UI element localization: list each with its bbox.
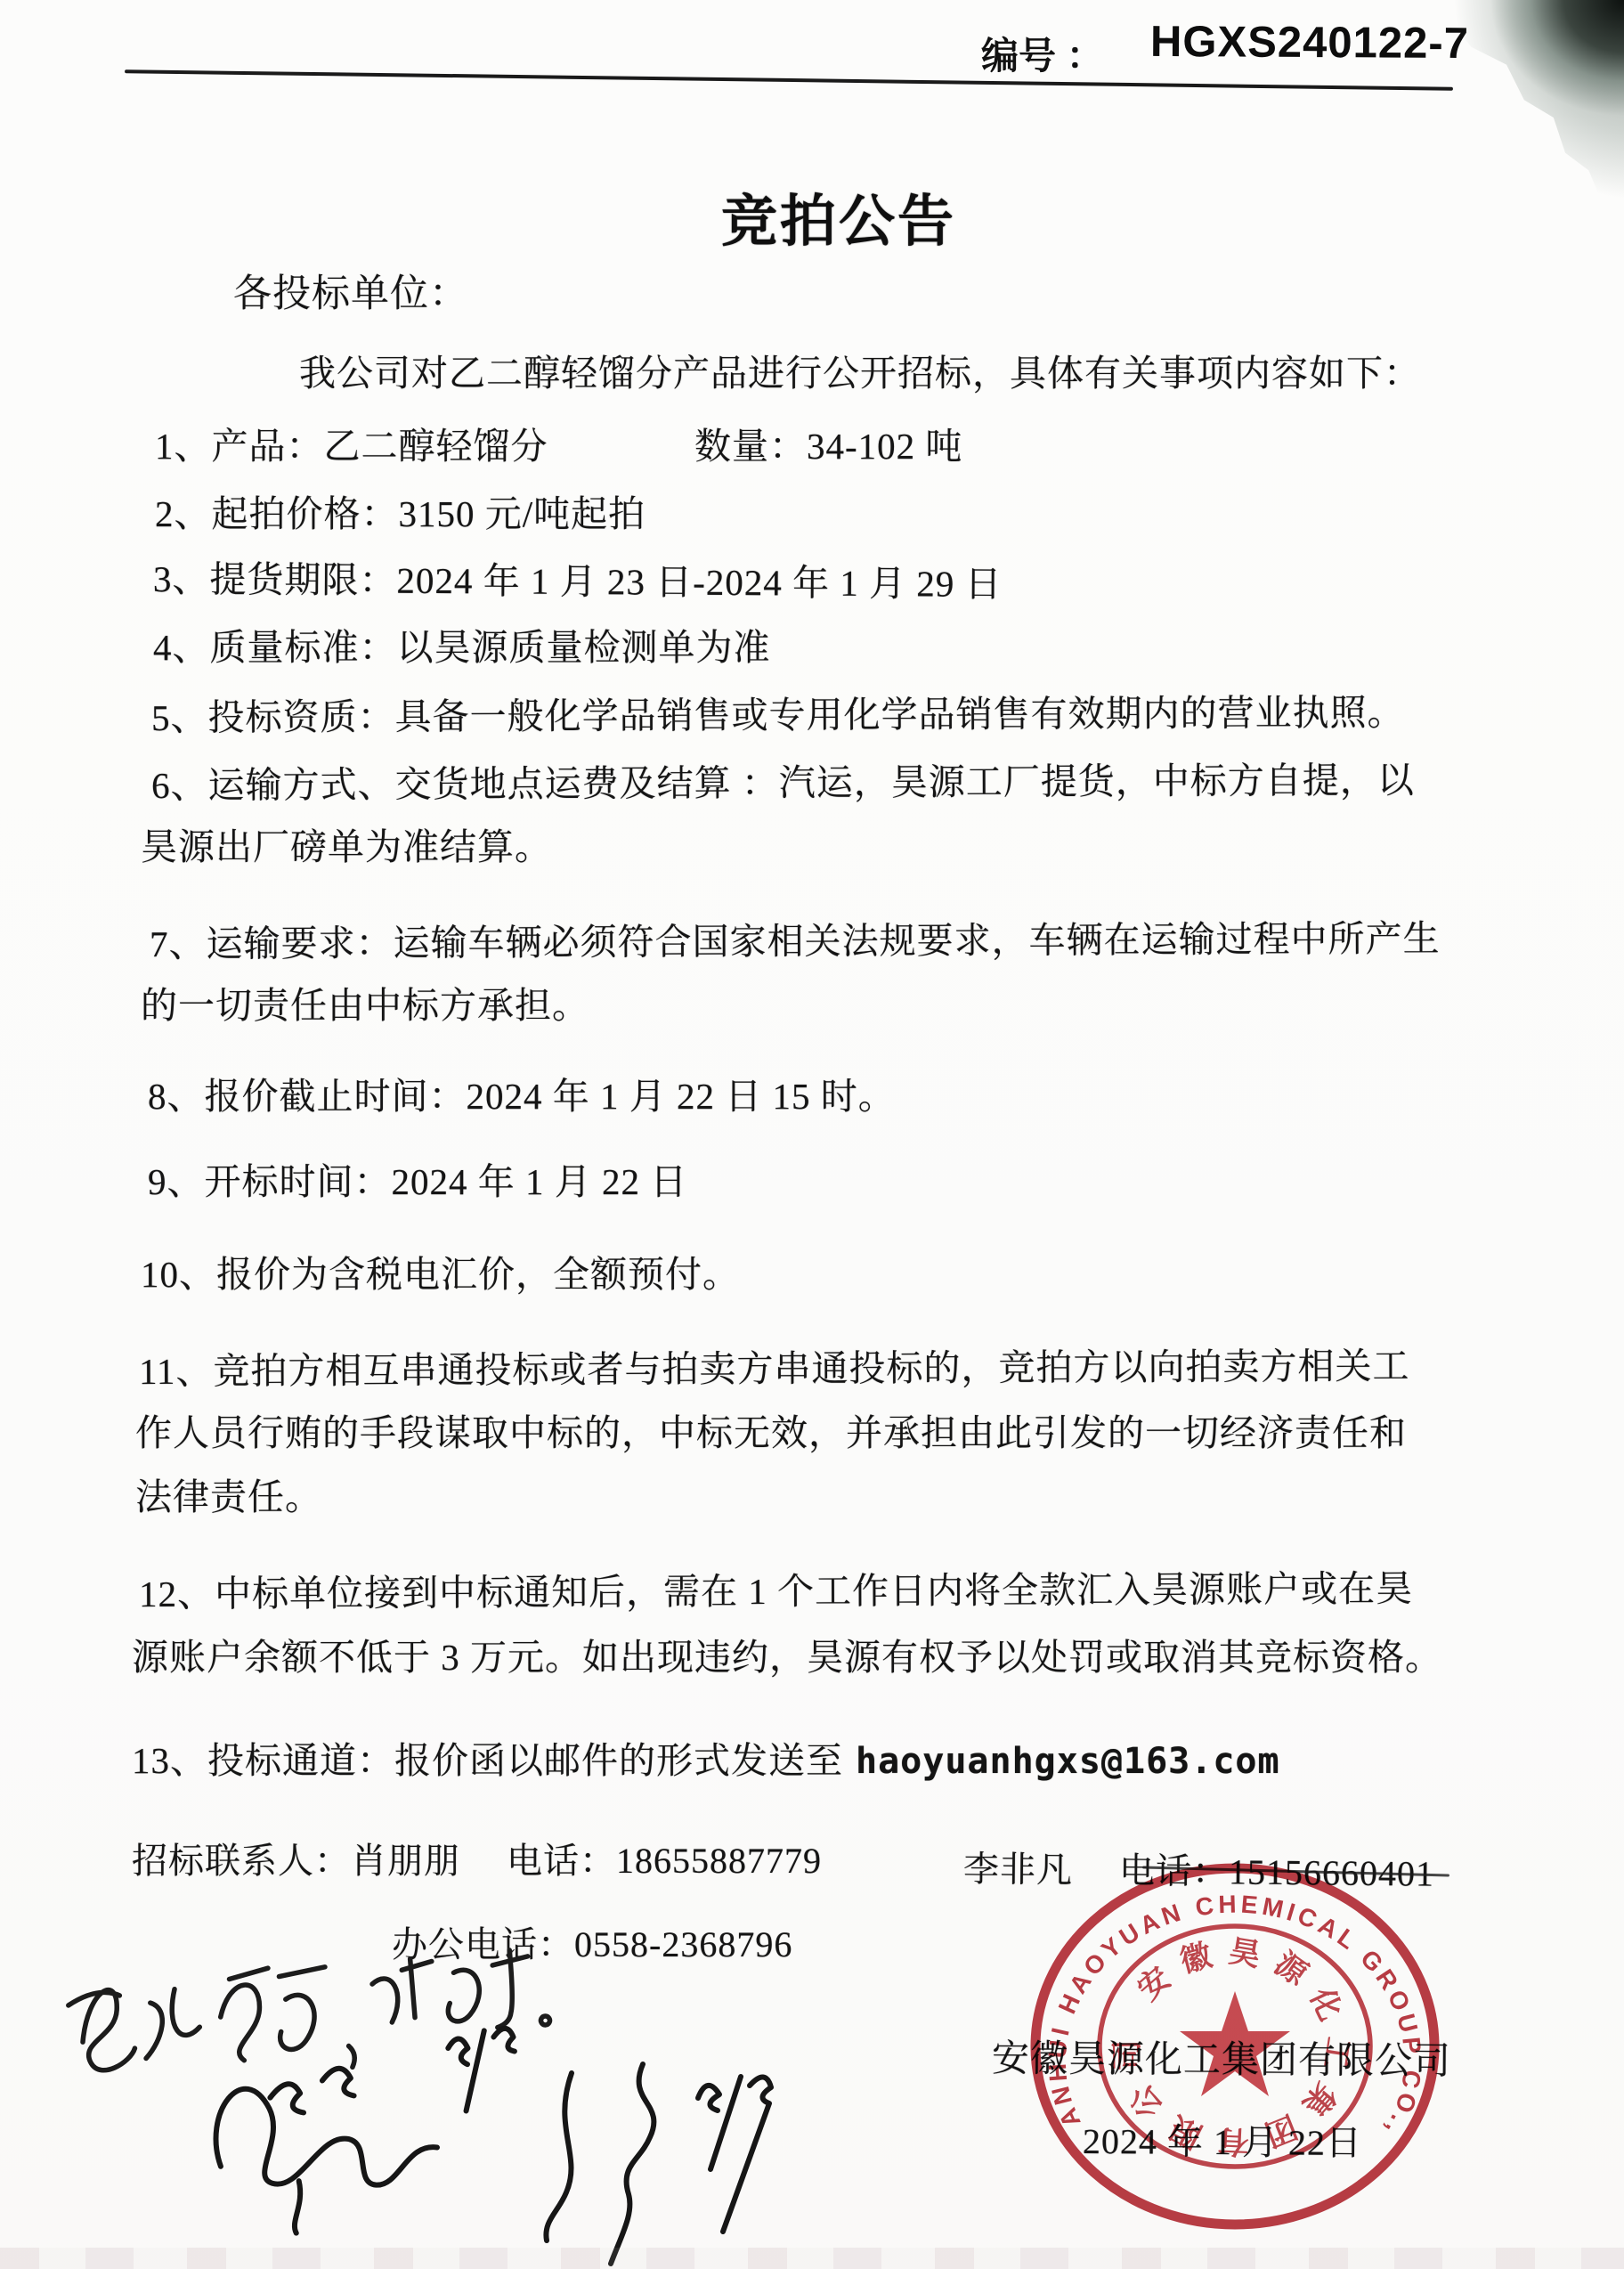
- item-6-transport-line1: 6、运输方式、交货地点运费及结算 ：汽运，昊源工厂提货，中标方自提，以: [151, 751, 1415, 809]
- item-6-transport-line2: 昊源出厂磅单为准结算。: [141, 817, 552, 870]
- company-name: 安徽昊源化工集团有限公司: [992, 2029, 1451, 2085]
- item-8-quote-deadline: 8、报价截止时间：2024 年 1 月 22 日 15 时。: [148, 1067, 896, 1119]
- date-line: 2024 年 1 月 22日: [1083, 2113, 1362, 2166]
- item-7-transport-req-line1: 7、运输要求：运输车辆必须符合国家相关法规要求，车辆在运输过程中所产生: [150, 909, 1441, 967]
- item-4-quality-standard: 4、质量标准：以昊源质量检测单为准: [153, 618, 771, 671]
- scan-edge-bottom: [0, 2248, 1624, 2269]
- scanned-auction-notice-page: { "header": { "doc_no_label": "编号 ：", "d…: [0, 0, 1624, 2269]
- item-13-label: 13、投标通道：报价函以邮件的形式发送至: [132, 1740, 843, 1781]
- item-9-open-bid-time: 9、开标时间：2024 年 1 月 22 日: [148, 1152, 687, 1205]
- item-5-qualification: 5、投标资质：具备一般化学品销售或专用化学品销售有效期内的营业执照。: [151, 683, 1405, 741]
- contact-left: 招标联系人：肖朋朋 电话：18655887779: [132, 1833, 822, 1883]
- item-11-collusion-line2: 作人员行贿的手段谋取中标的，中标无效，并承担由此引发的一切经济责任和: [135, 1403, 1407, 1456]
- svg-text:ANHUI HAOYUAN CHEMICAL GROUP C: ANHUI HAOYUAN CHEMICAL GROUP CO., LTD: [1024, 1859, 1426, 2143]
- item-3-pickup-period: 3、提货期限：2024 年 1 月 23 日-2024 年 1 月 29 日: [153, 549, 1003, 607]
- item-1-quantity: 数量：34-102 吨: [694, 417, 962, 469]
- page-title: 竞拍公告: [721, 176, 956, 257]
- item-11-collusion-line1: 11、竞拍方相互串通投标或者与拍卖方串通投标的，竞拍方以向拍卖方相关工: [139, 1337, 1410, 1395]
- item-1-product: 1、产品：乙二醇轻馏分: [155, 417, 548, 469]
- doc-number-label: 编号 ：: [981, 27, 1104, 80]
- item-12-payment-line1: 12、中标单位接到中标通知后，需在 1 个工作日内将全款汇入昊源账户或在昊: [139, 1559, 1413, 1617]
- salutation: 各投标单位：: [233, 264, 468, 318]
- item-12-payment-line2: 源账户余额不低于 3 万元。如出现违约，昊源有权予以处罚或取消其竞标资格。: [132, 1628, 1442, 1680]
- item-10-price-terms: 10、报价为含税电汇价，全额预付。: [141, 1245, 740, 1297]
- item-13-bid-channel: 13、投标通道：报价函以邮件的形式发送至haoyuanhgxs@163.com: [132, 1731, 1280, 1784]
- item-11-collusion-line3: 法律责任。: [135, 1468, 322, 1520]
- doc-number: HGXS240122-7: [1150, 17, 1469, 69]
- bid-email-address: haoyuanhgxs@163.com: [843, 1741, 1280, 1782]
- item-7-transport-req-line2: 的一切责任由中标方承担。: [141, 976, 589, 1029]
- signature-1: [178, 1996, 561, 2245]
- intro-paragraph: 我公司对乙二醇轻馏分产品进行公开招标，具体有关事项内容如下：: [299, 344, 1421, 396]
- signature-2: [516, 2041, 819, 2269]
- item-2-start-price: 2、起拍价格：3150 元/吨起拍: [155, 484, 646, 537]
- seal-arc-text-en: ANHUI HAOYUAN CHEMICAL GROUP CO., LTD: [1024, 1859, 1426, 2143]
- header-rule: [125, 69, 1453, 91]
- office-phone: 办公电话：0558-2368796: [392, 1916, 792, 1967]
